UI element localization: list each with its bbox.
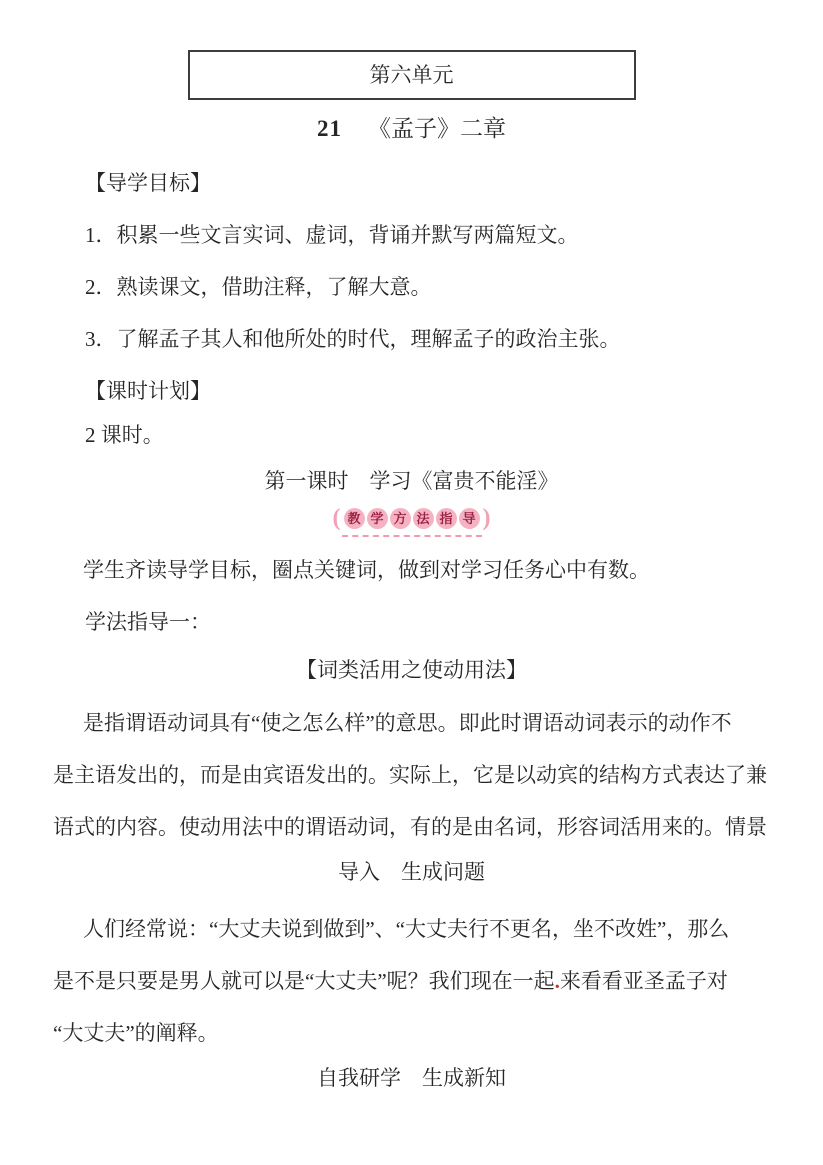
method-guide-badge: ( 教 学 方 法 指 导 ) xyxy=(53,508,770,537)
badge-char-circle: 法 xyxy=(413,508,434,529)
badge-char-circle: 导 xyxy=(459,508,480,529)
schedule-heading: 【课时计划】 xyxy=(53,376,770,406)
usage-line-2: 是主语发出的，而是由宾语发出的。实际上，它是以动宾的结构方式表达了兼 xyxy=(53,749,770,801)
badge-char-circle: 学 xyxy=(367,508,388,529)
objective-item-1: 1．积累一些文言实词、虚词，背诵并默写两篇短文。 xyxy=(53,220,770,250)
doc-title: 21《孟子》二章 xyxy=(53,116,770,142)
badge-char-circle: 指 xyxy=(436,508,457,529)
title-number: 21 xyxy=(317,116,342,141)
unit-label: 第六单元 xyxy=(370,63,454,87)
usage-heading: 【词类活用之使动用法】 xyxy=(53,655,770,685)
usage-line-3: 语式的内容。使动用法中的谓语动词，有的是由名词，形容词活用来的。情景 xyxy=(53,801,770,853)
situation-heading: 导入 生成问题 xyxy=(53,857,770,887)
usage-paragraph: 是指谓语动词具有“使之怎么样”的意思。即此时谓语动词表示的动作不 是主语发出的，… xyxy=(53,697,770,853)
selfstudy-heading: 自我研学 生成新知 xyxy=(53,1063,770,1093)
intro-line-2-after: 来看看亚圣孟子对 xyxy=(560,969,728,993)
lesson1-heading: 第一课时 学习《富贵不能淫》 xyxy=(53,466,770,496)
badge-dashed-underline xyxy=(342,535,482,537)
guide-paragraph: 学生齐读导学目标，圈点关键词，做到对学习任务心中有数。 xyxy=(53,555,770,585)
objectives-heading: 【导学目标】 xyxy=(53,168,770,198)
schedule-text: 2 课时。 xyxy=(53,420,770,450)
badge-char-circle: 方 xyxy=(390,508,411,529)
unit-box: 第六单元 xyxy=(188,50,636,100)
badge-row: ( 教 学 方 法 指 导 ) xyxy=(331,508,493,529)
intro-line-3: “大丈夫”的阐释。 xyxy=(53,1007,770,1059)
intro-paragraph: 人们经常说：“大丈夫说到做到”、“大丈夫行不更名，坐不改姓”，那么 是不是只要是… xyxy=(53,903,770,1059)
badge-paren-right-icon: ) xyxy=(483,508,491,529)
intro-line-2: 是不是只要是男人就可以是“大丈夫”呢？我们现在一起.来看看亚圣孟子对 xyxy=(53,955,770,1007)
badge-paren-left-icon: ( xyxy=(333,508,341,529)
objective-item-3: 3．了解孟子其人和他所处的时代，理解孟子的政治主张。 xyxy=(53,324,770,354)
objective-item-2: 2．熟读课文，借助注释，了解大意。 xyxy=(53,272,770,302)
badge-char-circle: 教 xyxy=(344,508,365,529)
usage-line-1: 是指谓语动词具有“使之怎么样”的意思。即此时谓语动词表示的动作不 xyxy=(53,697,770,749)
method-label: 学法指导一： xyxy=(53,607,770,637)
intro-line-1: 人们经常说：“大丈夫说到做到”、“大丈夫行不更名，坐不改姓”，那么 xyxy=(53,903,770,955)
document-page: 第六单元 21《孟子》二章 【导学目标】 1．积累一些文言实词、虚词，背诵并默写… xyxy=(0,0,823,1165)
title-text: 《孟子》二章 xyxy=(368,116,506,141)
intro-line-2-before: 是不是只要是男人就可以是“大丈夫”呢？我们现在一起 xyxy=(53,969,555,993)
